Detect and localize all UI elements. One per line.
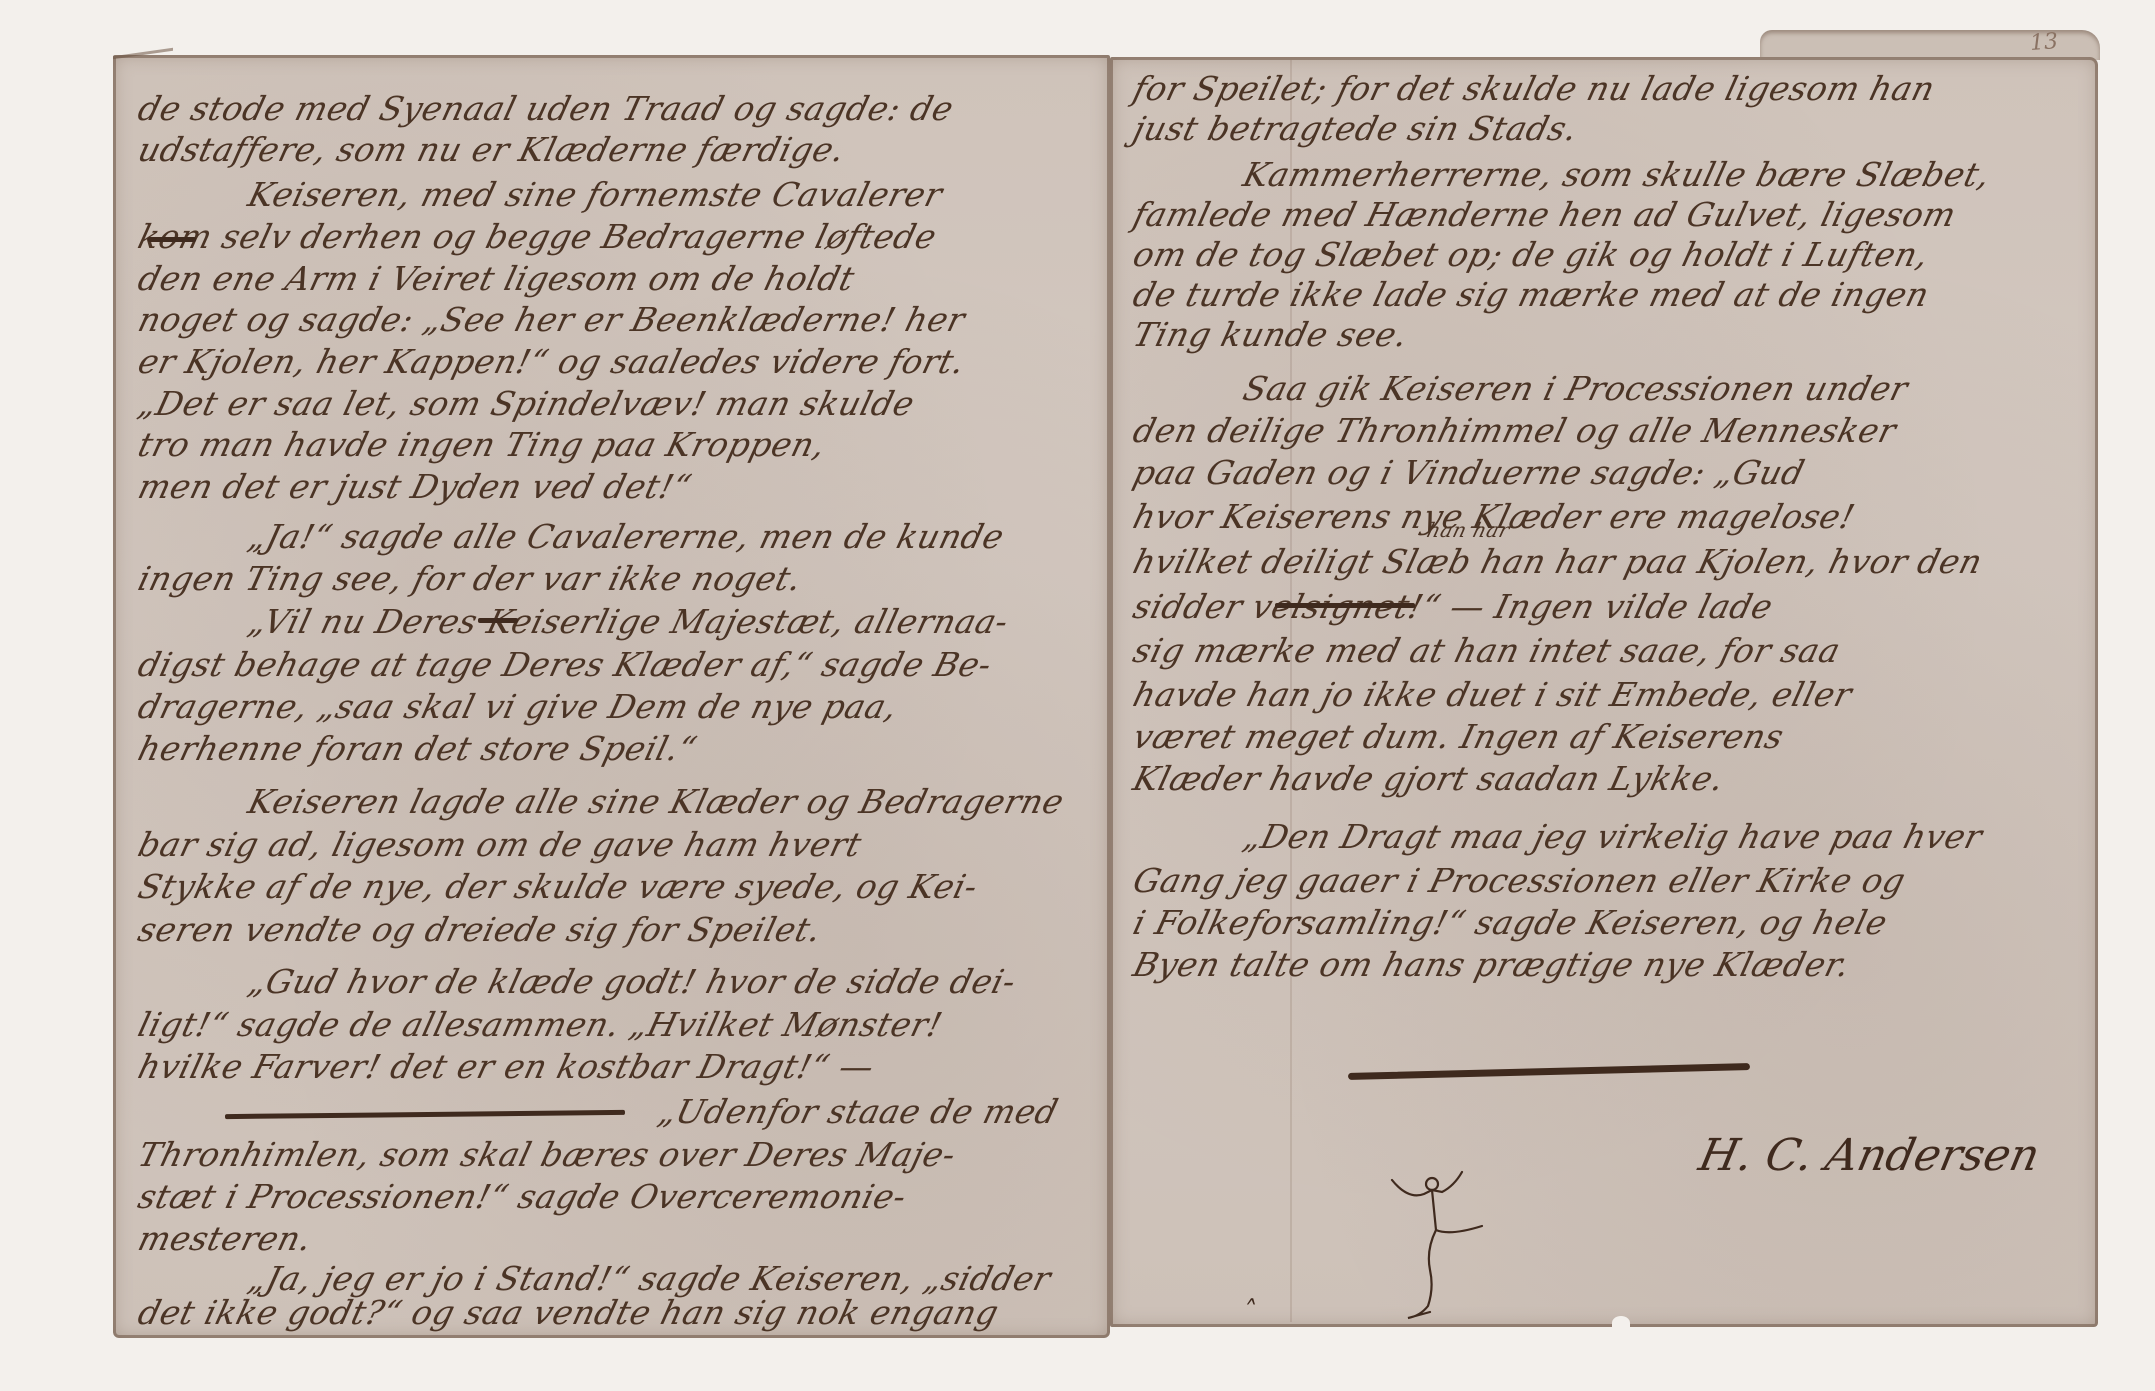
signature: H. C. Andersen — [1695, 1130, 2045, 1181]
stray-ink-mark: ˄ — [1245, 1296, 1258, 1326]
manuscript-line: dragerne, „saa skal vi give Dem de nye p… — [135, 690, 1103, 723]
manuscript-line: Stykke af de nye, der skulde være syede,… — [135, 870, 1103, 903]
manuscript-line: for Speilet; for det skulde nu lade lige… — [1130, 72, 2093, 105]
manuscript-line: Gang jeg gaaer i Processionen eller Kirk… — [1130, 864, 2093, 897]
manuscript-line: digst behage at tage Deres Klæder af,“ s… — [135, 648, 1103, 681]
stick-figure-sketch-icon — [1390, 1170, 1500, 1320]
strikethrough — [1275, 603, 1415, 608]
manuscript-line: Klæder havde gjort saadan Lykke. — [1130, 762, 2093, 795]
manuscript-line: havde han jo ikke duet i sit Embede, ell… — [1130, 678, 2093, 711]
manuscript-line: udstaffere, som nu er Klæderne færdige. — [135, 133, 1103, 166]
manuscript-line: den deilige Thronhimmel og alle Menneske… — [1130, 414, 2093, 447]
manuscript-line: Thronhimlen, som skal bæres over Deres M… — [135, 1138, 1103, 1171]
manuscript-line: været meget dum. Ingen af Keiserens — [1130, 720, 2093, 753]
manuscript-line: Saa gik Keiseren i Processionen under — [1130, 372, 2155, 405]
manuscript-line: ingen Ting see, for der var ikke noget. — [135, 562, 1103, 595]
manuscript-line: famlede med Hænderne hen ad Gulvet, lige… — [1130, 198, 2093, 231]
manuscript-line: kom selv derhen og begge Bedragerne løft… — [135, 220, 1103, 253]
manuscript-line: Keiseren lagde alle sine Klæder og Bedra… — [135, 785, 1213, 818]
manuscript-line: „Ja!“ sagde alle Cavalererne, men de kun… — [135, 520, 1213, 553]
manuscript-line: Ting kunde see. — [1130, 318, 2093, 351]
manuscript-line: „Det er saa let, som Spindelvæv! man sku… — [135, 387, 1103, 420]
manuscript-line: den ene Arm i Veiret ligesom om de holdt — [135, 262, 1103, 295]
strikethrough — [148, 237, 196, 242]
manuscript-scan: 13 de stode med Syenaal uden Traad og sa… — [0, 0, 2155, 1391]
manuscript-line: om de tog Slæbet op; de gik og holdt i L… — [1130, 238, 2093, 271]
manuscript-line: noget og sagde: „See her er Beenklæderne… — [135, 303, 1103, 336]
manuscript-line: mesteren. — [135, 1222, 1103, 1255]
manuscript-line: er Kjolen, her Kappen!“ og saaledes vide… — [135, 345, 1103, 378]
manuscript-line: „Den Dragt maa jeg virkelig have paa hve… — [1130, 820, 2155, 853]
manuscript-line: tro man havde ingen Ting paa Kroppen, — [135, 428, 1103, 461]
manuscript-line: de turde ikke lade sig mærke med at de i… — [1130, 278, 2093, 311]
manuscript-line: herhenne foran det store Speil.“ — [135, 732, 1103, 765]
manuscript-line: bar sig ad, ligesom om de gave ham hvert — [135, 828, 1103, 861]
manuscript-line: „Vil nu Deres Keiserlige Majestæt, aller… — [135, 605, 1213, 638]
manuscript-line: paa Gaden og i Vinduerne sagde: „Gud — [1130, 456, 2093, 489]
manuscript-line: hvilket deiligt Slæb han har paa Kjolen,… — [1130, 545, 2093, 578]
manuscript-line: ligt!“ sagde de allesammen. „Hvilket Møn… — [135, 1008, 1103, 1041]
interlinear-insert: han har — [1425, 520, 1512, 540]
page-number: 13 — [2029, 29, 2059, 56]
manuscript-line: Keiseren, med sine fornemste Cavalerer — [135, 178, 1213, 211]
manuscript-line: stæt i Processionen!“ sagde Overceremoni… — [135, 1180, 1103, 1213]
manuscript-line: i Folkeforsamling!“ sagde Keiseren, og h… — [1130, 906, 2093, 939]
manuscript-line: hvilke Farver! det er en kostbar Dragt!“… — [135, 1050, 1103, 1083]
strikethrough — [478, 618, 518, 623]
manuscript-line: men det er just Dyden ved det!“ — [135, 470, 1103, 503]
manuscript-line: hvor Keiserens nye Klæder ere magelose! — [1130, 500, 2093, 533]
manuscript-line: det ikke godt?“ og saa vendte han sig no… — [135, 1296, 1103, 1329]
manuscript-line: Byen talte om hans prægtige nye Klæder. — [1130, 948, 2093, 981]
manuscript-line: Kammerherrerne, som skulle bære Slæbet, — [1130, 158, 2155, 191]
manuscript-line: just betragtede sin Stads. — [1130, 112, 2093, 145]
torn-bottom-notch — [1612, 1316, 1630, 1330]
manuscript-line: sig mærke med at han intet saae, for saa — [1130, 634, 2093, 667]
manuscript-line: „Ja, jeg er jo i Stand!“ sagde Keiseren,… — [135, 1262, 1213, 1295]
manuscript-line: seren vendte og dreiede sig for Speilet. — [135, 913, 1103, 946]
manuscript-line: de stode med Syenaal uden Traad og sagde… — [135, 92, 1103, 125]
manuscript-line: „Udenfor staae de med — [135, 1095, 1623, 1128]
manuscript-line: „Gud hvor de klæde godt! hvor de sidde d… — [135, 965, 1213, 998]
